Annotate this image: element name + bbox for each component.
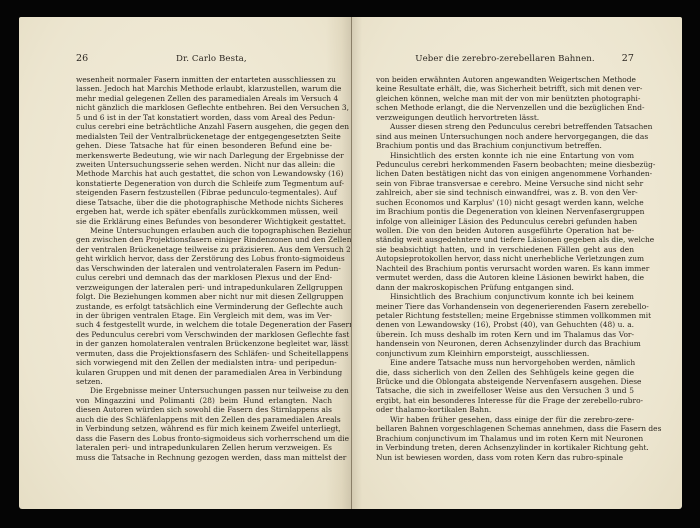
text-line: dass die Fasern des Lobus fronto-sigmoid… bbox=[76, 434, 332, 443]
text-line: merkenswerte Bedeutung, wie wir nach Dar… bbox=[76, 151, 332, 160]
text-line: Die Ergebnisse meiner Untersuchungen pas… bbox=[76, 386, 332, 395]
text-line: in Verbindung setzen, während es für mic… bbox=[76, 424, 332, 433]
text-line: lichen Daten bestätigen nicht das von ei… bbox=[376, 169, 634, 178]
right-page: Ueber die zerebro-zerebellaren Bahnen. 2… bbox=[352, 17, 682, 509]
text-line: bellaren Bahnen vorgeschlagenen Schemas … bbox=[376, 424, 634, 433]
text-line: Nun ist bewiesen worden, dass vom roten … bbox=[376, 453, 634, 462]
text-line: überein. Ich muss deshalb im roten Kern … bbox=[376, 330, 634, 339]
text-line: zweiten Untersuchungsserie sehen werden.… bbox=[76, 160, 332, 169]
text-line: wollen. Die von den beiden Autoren ausge… bbox=[376, 226, 634, 235]
text-line: lassen. Jedoch hat Marchis Methode erlau… bbox=[76, 84, 332, 93]
page-number: 26 bbox=[76, 53, 88, 64]
text-line: Pedunculus cerebri herkommenden Fasern b… bbox=[376, 160, 634, 169]
text-line: suchen Economos und Karplus' (10) nicht … bbox=[376, 198, 634, 207]
text-line: folgt. Die Beziehungen kommen aber nicht… bbox=[76, 292, 332, 301]
text-line: gen zwischen den Projektionsfasern einig… bbox=[76, 235, 332, 244]
text-line: medialsten Teil der Ventralbrückenetage … bbox=[76, 132, 332, 141]
text-line: sein von Fibrae transversae e cerebro. M… bbox=[376, 179, 634, 188]
text-line: ständig weit ausgedehntere und tiefere L… bbox=[376, 235, 634, 244]
text-line: steigenden Fasern festzustellen (Fibrae … bbox=[76, 188, 332, 197]
text-line: vermutet werden, dass die Autoren kleine… bbox=[376, 273, 634, 282]
text-line: such 4 festgestellt wurde, in welchem di… bbox=[76, 320, 332, 329]
text-line: vermuten, dass die Projektionsfasern des… bbox=[76, 349, 332, 358]
text-line: in Verbindung treten, deren Achsenzylind… bbox=[376, 443, 634, 452]
text-line: schen Methode erlangt, die die Nervenzel… bbox=[376, 103, 634, 112]
text-line: diesen Autoren würden sich sowohl die Fa… bbox=[76, 405, 332, 414]
book-spine bbox=[351, 17, 352, 509]
text-line: dann der makroskopischen Prüfung entgang… bbox=[376, 283, 634, 292]
text-line: conjunctivum zum Kleinhirn emporsteigt, … bbox=[376, 349, 634, 358]
running-title: Dr. Carlo Besta, bbox=[136, 54, 331, 64]
gutter-shadow bbox=[352, 17, 362, 509]
text-line: meiner Tiere das Vorhandensein von degen… bbox=[376, 302, 634, 311]
text-line: sich vorwiegend mit den Zellen der media… bbox=[76, 358, 332, 367]
text-line: sie beabsichtigt hatten, und in verschie… bbox=[376, 245, 634, 254]
text-line: Brachium pontis und das Brachium conjunc… bbox=[376, 141, 634, 150]
text-line: kularen Gruppen und mit denen der parame… bbox=[76, 368, 332, 377]
text-line: sind aus meinen Untersuchungen noch ande… bbox=[376, 132, 634, 141]
text-line: Ausser diesen streng den Pedunculus cere… bbox=[376, 122, 634, 131]
text-line: denen von Lewandowsky (16), Probst (40),… bbox=[376, 320, 634, 329]
text-line: ergibt, hat ein besonderes Interesse für… bbox=[376, 396, 634, 405]
text-line: wesenheit normaler Fasern inmitten der e… bbox=[76, 75, 332, 84]
text-line: der ventralen Brückenetage teilweise zu … bbox=[76, 245, 332, 254]
text-line: im Brachium pontis die Degeneration von … bbox=[376, 207, 634, 216]
text-line: verzweigungen der lateralen peri- und in… bbox=[76, 283, 332, 292]
text-line: von Mingazzini und Polimanti (28) beim H… bbox=[76, 396, 332, 405]
text-line: verzweigungen deutlich hervortreten läss… bbox=[376, 113, 634, 122]
text-line: auch die des Schläfenlappens mit den Zel… bbox=[76, 415, 332, 424]
text-line: lateralen peri- und intrapedunkularen Ze… bbox=[76, 443, 332, 452]
text-line: gehen. Diese Tatsache hat für einen beso… bbox=[76, 141, 332, 150]
page-body-text: von beiden erwähnten Autoren angewandten… bbox=[376, 75, 634, 462]
text-line: zustande, es erfolgt tatsächlich eine Ve… bbox=[76, 302, 332, 311]
text-line: sie die Erklärung eines Befundes von bes… bbox=[76, 217, 332, 226]
text-line: oder thalamo-kortikalen Bahn. bbox=[376, 405, 634, 414]
text-line: das Verschwinden der lateralen und ventr… bbox=[76, 264, 332, 273]
text-line: geht wirklich hervor, dass der Zerstörun… bbox=[76, 254, 332, 263]
page-number: 27 bbox=[622, 53, 634, 64]
text-line: in der ganzen homolateralen ventralen Br… bbox=[76, 339, 332, 348]
text-line: Eine andere Tatsache muss nun hervorgeho… bbox=[376, 358, 634, 367]
text-line: Brachium conjunctivum im Thalamus und im… bbox=[376, 434, 634, 443]
text-line: Hinsichtlich des Brachium conjunctivum k… bbox=[376, 292, 634, 301]
text-line: culus cerebri und demnach das der marklo… bbox=[76, 273, 332, 282]
text-line: muss die Tatsache in Rechnung gezogen we… bbox=[76, 453, 332, 462]
running-title: Ueber die zerebro-zerebellaren Bahnen. bbox=[376, 54, 634, 64]
text-line: zahlreich, aber sie sind technisch einwa… bbox=[376, 188, 634, 197]
text-line: gleichen können, welche man mit der von … bbox=[376, 94, 634, 103]
text-line: handensein von Neuronen, deren Achsenzyl… bbox=[376, 339, 634, 348]
text-line: 5 und 6 ist in der Tat konstatiert worde… bbox=[76, 113, 332, 122]
left-page: 26 Dr. Carlo Besta, wesenheit normaler F… bbox=[19, 17, 352, 509]
page-body-text: wesenheit normaler Fasern inmitten der e… bbox=[76, 75, 332, 462]
text-line: Wir haben früher gesehen, dass einige de… bbox=[376, 415, 634, 424]
text-line: Hinsichtlich des ersten konnte ich nie e… bbox=[376, 151, 634, 160]
text-line: Methode Marchis hat auch gestattet, die … bbox=[76, 169, 332, 178]
text-line: des Pedunculus cerebri vom Verschwinden … bbox=[76, 330, 332, 339]
text-line: culus cerebri eine beträchtliche Anzahl … bbox=[76, 122, 332, 131]
text-line: setzen. bbox=[76, 377, 332, 386]
text-line: in der übrigen ventralen Etage. Ein Verg… bbox=[76, 311, 332, 320]
text-line: Meine Untersuchungen erlauben auch die t… bbox=[76, 226, 332, 235]
text-line: nicht gänzlich die marklosen Geflechte e… bbox=[76, 103, 332, 112]
text-line: Brücke und die Oblongata absteigende Ner… bbox=[376, 377, 634, 386]
text-line: petaler Richtung feststellen; meine Erge… bbox=[376, 311, 634, 320]
text-line: keine Resultate erhält, die, was Sicherh… bbox=[376, 84, 634, 93]
text-line: die, dass sicherlich von den Zellen des … bbox=[376, 368, 634, 377]
text-line: ergeben hat, werde ich später ebenfalls … bbox=[76, 207, 332, 216]
text-line: Tatsache, die sich in zweifelloser Weise… bbox=[376, 386, 634, 395]
text-line: von beiden erwähnten Autoren angewandten… bbox=[376, 75, 634, 84]
text-line: konstatierte Degeneration von durch die … bbox=[76, 179, 332, 188]
text-line: diese Tatsache, über die die photographi… bbox=[76, 198, 332, 207]
text-line: mehr medial gelegenen Zellen des paramed… bbox=[76, 94, 332, 103]
text-line: Autopsieprotokollen hervor, dass nicht u… bbox=[376, 254, 634, 263]
text-line: infolge von alleiniger Läsion des Pedunc… bbox=[376, 217, 634, 226]
text-line: Nachteil des Brachium pontis verursacht … bbox=[376, 264, 634, 273]
